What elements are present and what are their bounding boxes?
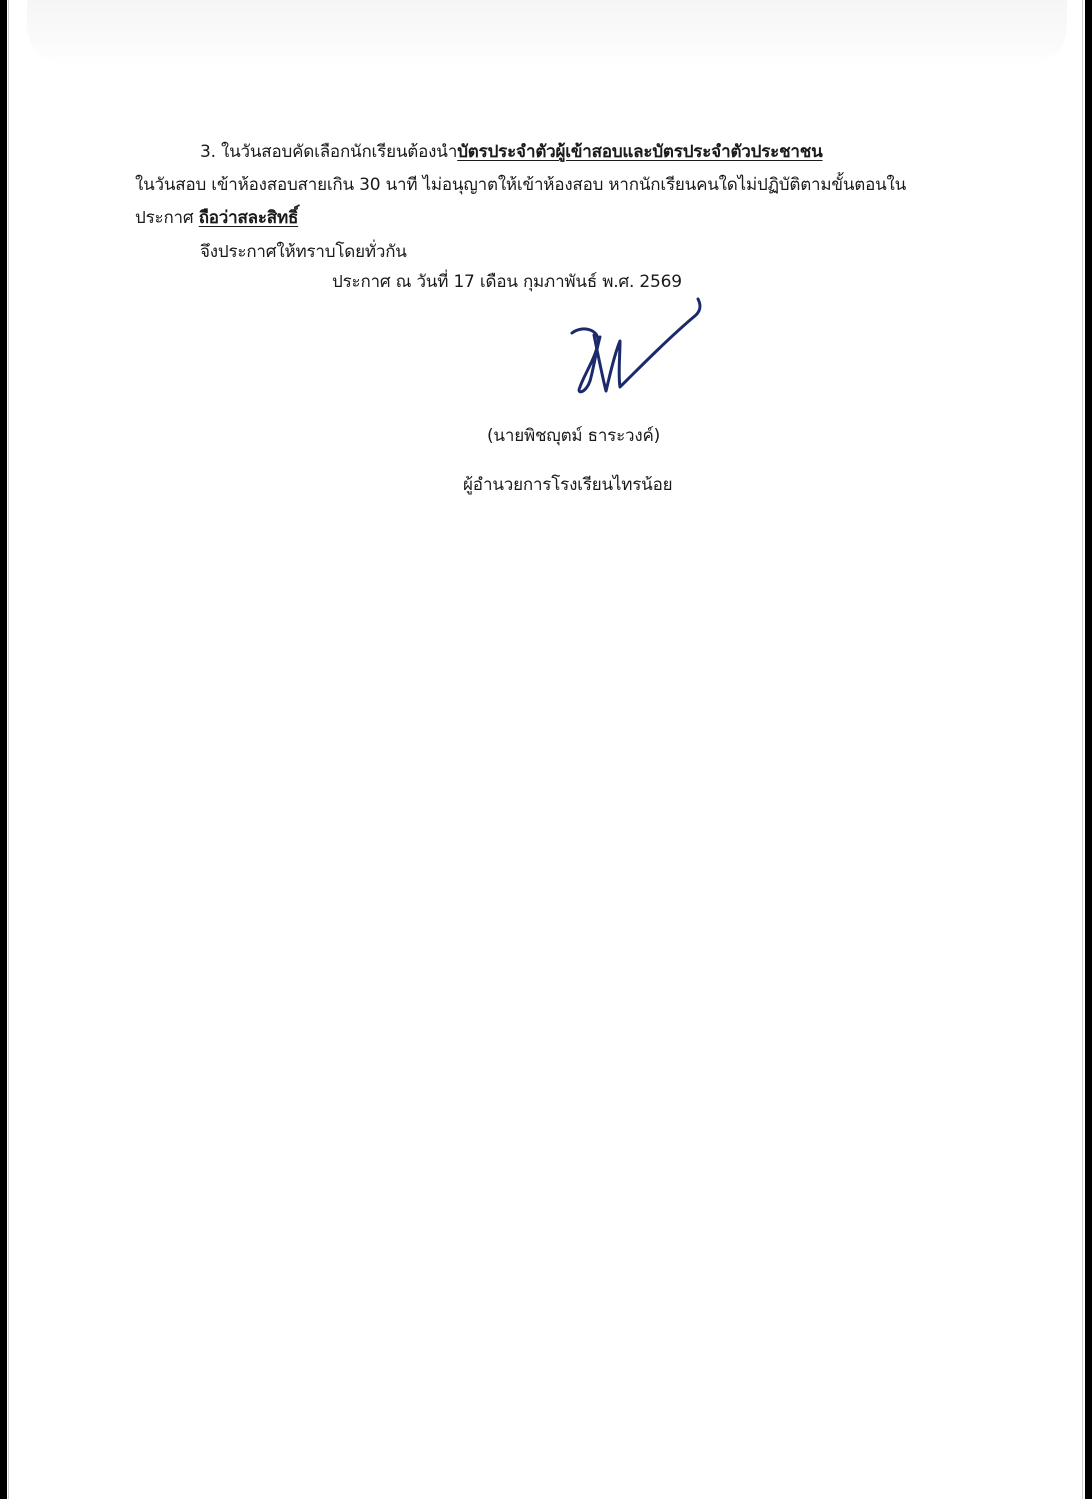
document-page: 3. ในวันสอบคัดเลือกนักเรียนต้องนำบัตรประ…: [7, 0, 1085, 1499]
paragraph-3-line-3: ประกาศ ถือว่าสละสิทธิ์: [135, 204, 298, 231]
signature-icon: [562, 295, 712, 400]
signatory-name: (นายพิชญุตม์ ธาระวงค์): [487, 422, 660, 449]
announcement-date: ประกาศ ณ วันที่ 17 เดือน กุมภาพันธ์ พ.ศ.…: [332, 268, 682, 295]
required-documents-emphasis: บัตรประจำตัวผู้เข้าสอบและบัตรประจำตัวประ…: [457, 142, 822, 162]
signatory-position: ผู้อำนวยการโรงเรียนไทรน้อย: [463, 471, 672, 498]
paragraph-3-line-1: 3. ในวันสอบคัดเลือกนักเรียนต้องนำบัตรประ…: [200, 138, 823, 165]
scan-edge-right: [1082, 0, 1083, 1499]
paragraph-3-line-2: ในวันสอบ เข้าห้องสอบสายเกิน 30 นาที ไม่อ…: [135, 171, 906, 198]
scan-edge-left: [8, 0, 9, 1499]
scan-shadow: [27, 0, 1067, 66]
paragraph-3-lead: 3. ในวันสอบคัดเลือกนักเรียนต้องนำ: [200, 142, 457, 162]
closing-statement: จึงประกาศให้ทราบโดยทั่วกัน: [200, 238, 407, 265]
paragraph-3-line-3-lead: ประกาศ: [135, 208, 199, 228]
forfeit-emphasis: ถือว่าสละสิทธิ์: [199, 208, 298, 228]
